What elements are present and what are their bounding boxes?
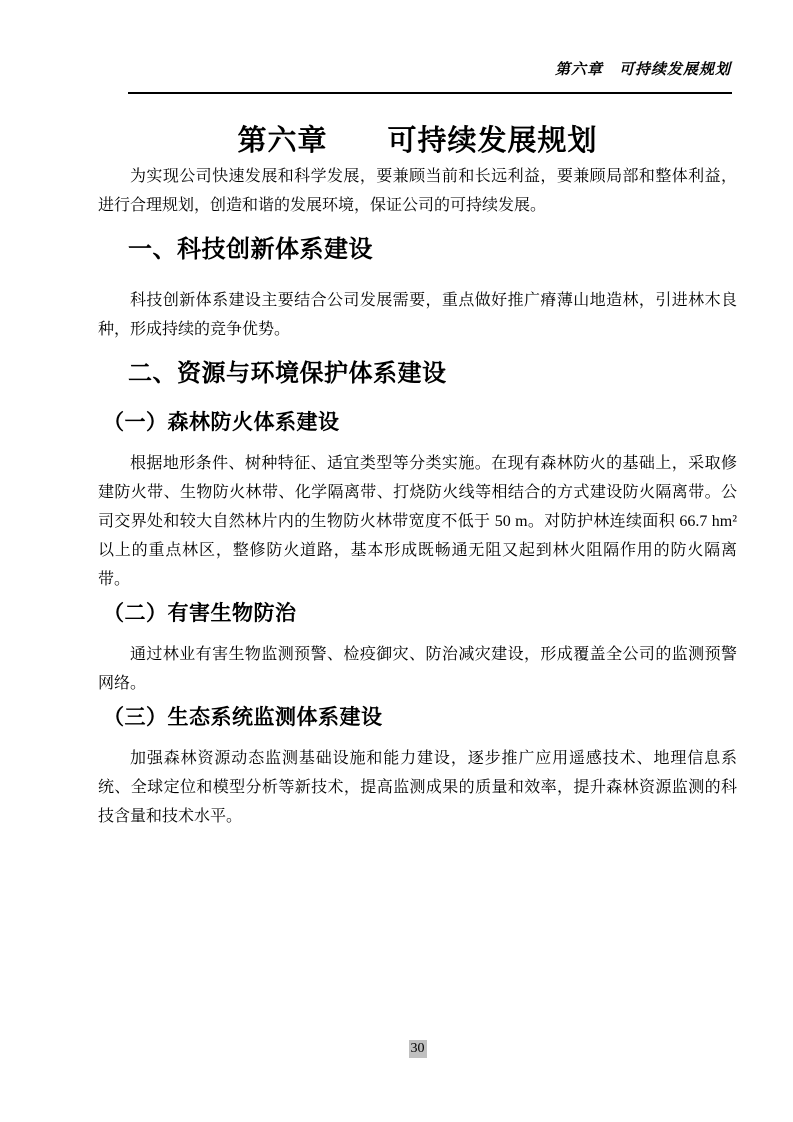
section-1-heading: 一、科技创新体系建设 [128, 234, 737, 266]
header-rule [128, 92, 732, 94]
section-2-heading: 二、资源与环境保护体系建设 [128, 358, 737, 390]
page-number: 30 [409, 1040, 427, 1058]
subsection-3-paragraph: 加强森林资源动态监测基础设施和能力建设，逐步推广应用遥感技术、地理信息系统、全球… [98, 744, 737, 831]
document-page: 第六章 可持续发展规划 第六章 可持续发展规划 为实现公司快速发展和科学发展，要… [0, 0, 793, 1122]
running-header: 第六章 可持续发展规划 [98, 60, 737, 80]
subsection-1-heading: （一）森林防火体系建设 [98, 408, 737, 438]
intro-paragraph: 为实现公司快速发展和科学发展，要兼顾当前和长远利益，要兼顾局部和整体利益，进行合… [98, 162, 737, 220]
running-header-text: 第六章 可持续发展规划 [555, 62, 731, 78]
subsection-3-heading: （三）生态系统监测体系建设 [98, 703, 737, 733]
page-content: 第六章 可持续发展规划 第六章 可持续发展规划 为实现公司快速发展和科学发展，要… [0, 60, 793, 831]
section-1-paragraph: 科技创新体系建设主要结合公司发展需要，重点做好推广瘠薄山地造林，引进林木良种，形… [98, 286, 737, 344]
page-footer: 30 [98, 1039, 737, 1058]
subsection-2-heading: （二）有害生物防治 [98, 599, 737, 629]
subsection-1-paragraph: 根据地形条件、树种特征、适宜类型等分类实施。在现有森林防火的基础上，采取修建防火… [98, 449, 737, 594]
chapter-title: 第六章 可持续发展规划 [98, 120, 737, 162]
subsection-2-paragraph: 通过林业有害生物监测预警、检疫御灾、防治减灾建设，形成覆盖全公司的监测预警网络。 [98, 640, 737, 698]
